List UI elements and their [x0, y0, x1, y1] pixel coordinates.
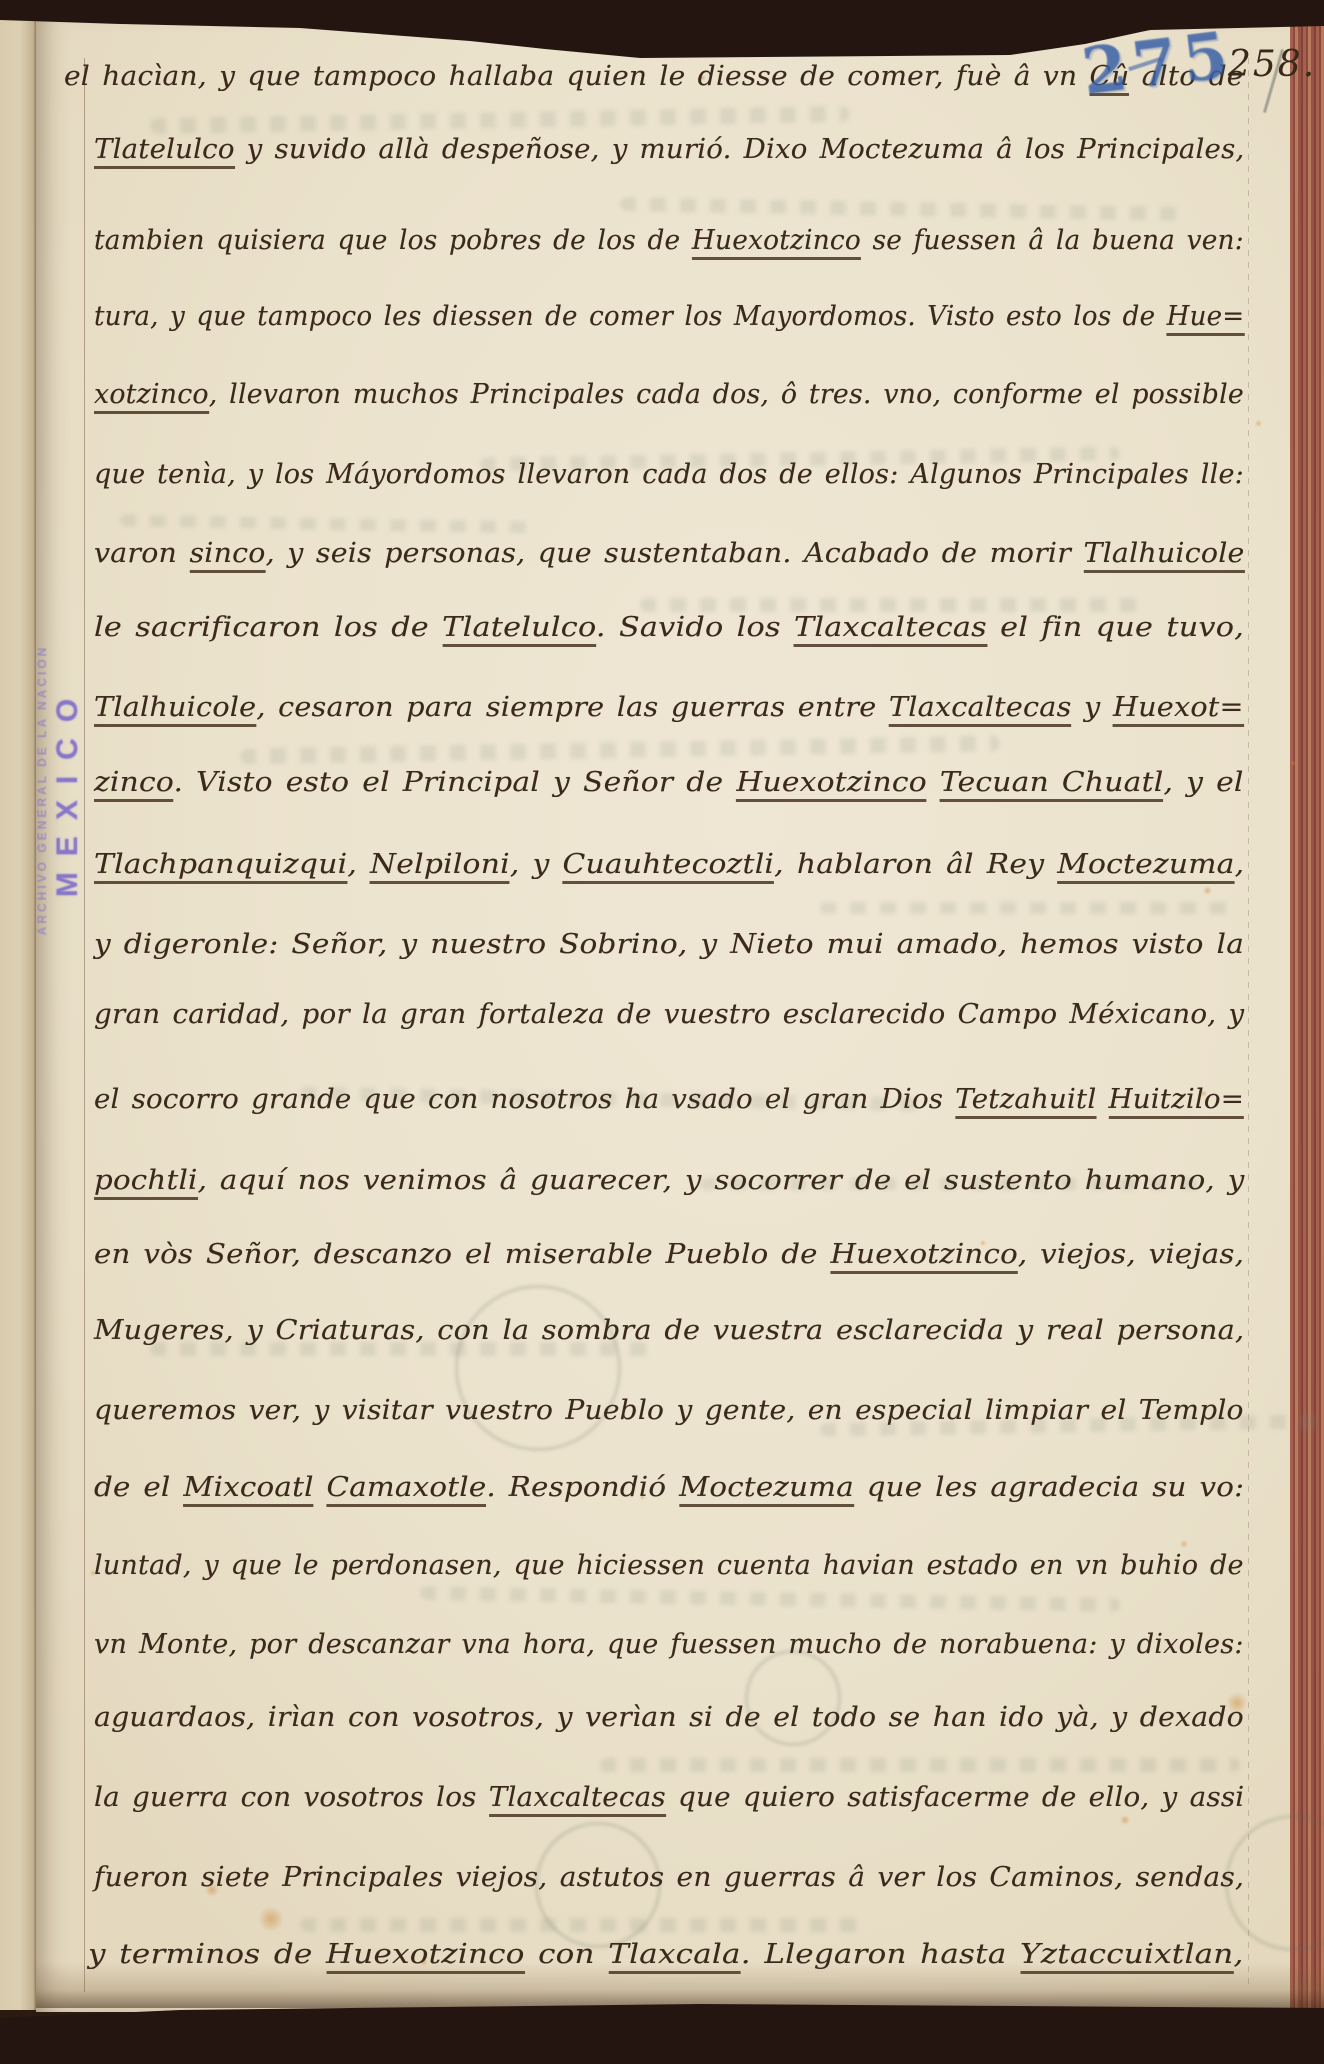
text-line: zinco. Visto esto el Principal y Señor d… — [94, 766, 1244, 800]
text-line: queremos ver, y visitar vuestro Pueblo y… — [94, 1394, 1244, 1428]
foxing-spot — [1290, 760, 1296, 766]
text-line: Tlalhuicole, cesaron para siempre las gu… — [94, 691, 1244, 725]
binding-bottom-edge — [0, 2004, 1324, 2064]
foxing-spot — [1203, 886, 1212, 895]
text-line: fueron siete Principales viejos, astutos… — [94, 1861, 1244, 1895]
archive-stamp-small-text: ARCHIVO GENERAL DE LA NACION — [35, 645, 49, 936]
foxing-spot — [1180, 1540, 1188, 1548]
text-line: luntad, y que le perdonasen, que hiciess… — [94, 1549, 1244, 1583]
showthrough-smudge — [600, 1758, 1240, 1772]
text-line: y digeronle: Señor, y nuestro Sobrino, y… — [94, 928, 1244, 962]
text-line: varon sinco, y seis personas, que susten… — [94, 537, 1245, 571]
text-line: tura, y que tampoco les diessen de comer… — [94, 300, 1244, 334]
manuscript-photo: { "document": { "folio_number_ink": "258… — [0, 0, 1324, 2064]
fore-edge-marbled-strip — [1290, 22, 1324, 2014]
text-line: el socorro grande que con nosotros ha vs… — [94, 1083, 1244, 1117]
text-line: que tenìa, y los Máyordomos llevaron cad… — [94, 458, 1244, 492]
text-line: la guerra con vosotros los Tlaxcaltecas … — [94, 1781, 1244, 1815]
text-line: xotzinco, llevaron muchos Principales ca… — [94, 378, 1244, 412]
right-margin-rule — [1248, 58, 1249, 1988]
text-line: aguardaos, irìan con vosotros, y verìan … — [94, 1701, 1244, 1735]
archive-stamp-large-text: MEXICO — [51, 683, 85, 897]
text-line: tambien quisiera que los pobres de los d… — [94, 224, 1244, 258]
text-line: Tlachpanquizqui, Nelpiloni, y Cuauhtecoz… — [94, 848, 1244, 882]
text-line: el hacìan, y que tampoco hallaba quien l… — [64, 60, 1244, 94]
archive-stamp-rotated-block: ARCHIVO GENERAL DE LA NACION MEXICO — [14, 552, 106, 1028]
showthrough-smudge — [640, 598, 1140, 612]
text-line: en vòs Señor, descanzo el miserable Pueb… — [94, 1238, 1244, 1272]
text-line: Mugeres, y Criaturas, con la sombra de v… — [94, 1314, 1244, 1348]
text-line: le sacrificaron los de Tlatelulco. Savid… — [94, 611, 1244, 645]
foxing-spot — [258, 1906, 284, 1932]
foxing-spot — [1120, 1815, 1130, 1825]
text-line: de el Mixcoatl Camaxotle. Respondió Moct… — [94, 1471, 1244, 1505]
showthrough-smudge — [820, 902, 1240, 914]
text-line: Tlatelulco y suvido allà despeñose, y mu… — [94, 133, 1244, 167]
archive-stamp: ARCHIVO GENERAL DE LA NACION MEXICO — [14, 552, 106, 1028]
text-line: vn Monte, por descanzar vna hora, que fu… — [94, 1628, 1244, 1662]
text-line: gran caridad, por la gran fortaleza de v… — [94, 998, 1244, 1032]
foxing-spot — [1255, 420, 1262, 427]
text-line: pochtli, aquí nos venimos â guarecer, y … — [94, 1164, 1244, 1198]
bottom-page-shadow — [36, 1962, 1324, 2008]
